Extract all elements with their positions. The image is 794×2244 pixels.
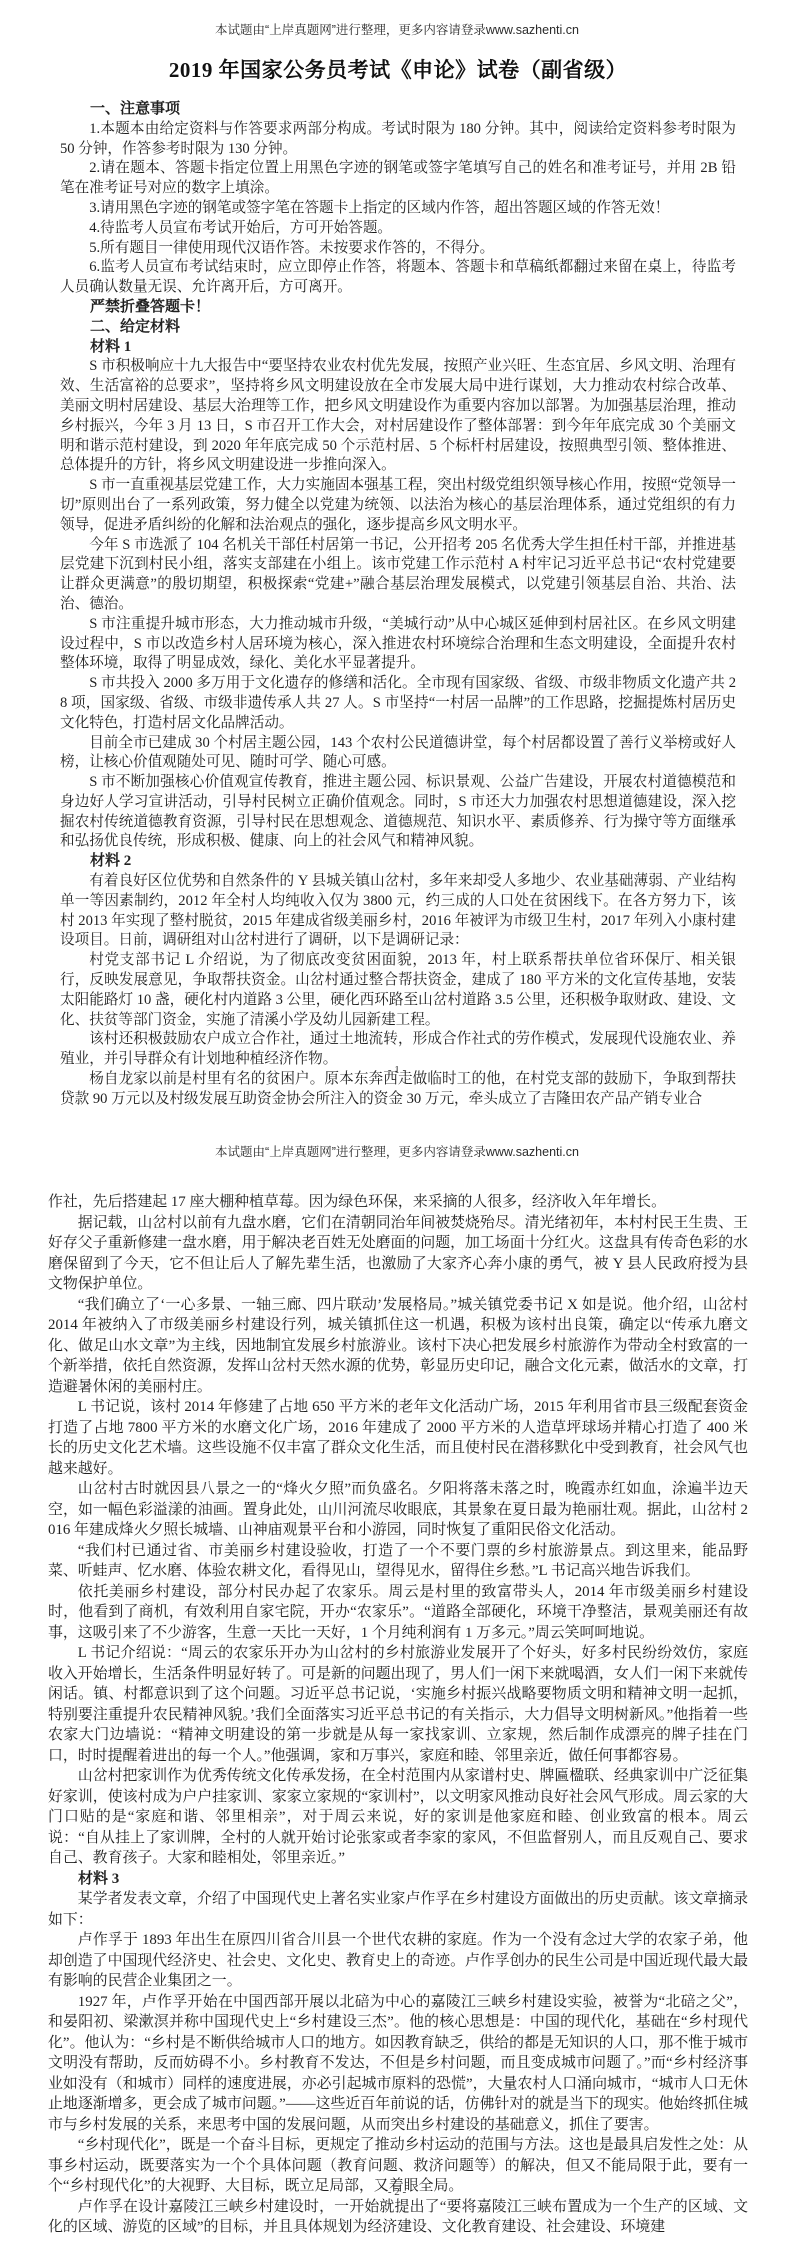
notice-item: 5.所有题目一律使用现代汉语作答。未按要求作答的，不得分。	[60, 239, 736, 259]
page-1-content: 2019 年国家公务员考试《申论》试卷（副省级） 一、注意事项 1.本题本由给定…	[60, 54, 736, 1110]
material-2-paragraph: “我们村已通过省、市美丽乡村建设验收，打造了一个不要门票的乡村旅游景点。到这里来…	[48, 1541, 748, 1582]
notice-heading: 一、注意事项	[60, 100, 736, 120]
page-2-header-note: 本试题由“上岸真题网”进行整理，更多内容请登录www.sazhenti.cn	[0, 1142, 794, 1160]
material-3-paragraph: 1927 年，卢作孚开始在中国西部开展以北碚为中心的嘉陵江三峡乡村建设实验，被誉…	[48, 1992, 748, 2136]
material-2-paragraph: 有着良好区位优势和自然条件的 Y 县城关镇山岔村，多年来却受人多地少、农业基础薄…	[60, 872, 736, 951]
material-1-paragraph: S 市积极响应十九大报告中“要坚持农业农村优先发展，按照产业兴旺、生态宜居、乡风…	[60, 357, 736, 476]
material-1-paragraph: S 市注重提升城市形态，大力推动城市升级，“美城行动”从中心城区延伸到村居社区。…	[60, 615, 736, 674]
materials-heading: 二、给定材料	[60, 318, 736, 338]
material-2-paragraph: L 书记介绍说：“周云的农家乐开办为山岔村的乡村旅游业发展开了个好头，好多村民纷…	[48, 1643, 748, 1766]
notice-item: 1.本题本由给定资料与作答要求两部分构成。考试时限为 180 分钟。其中，阅读给…	[60, 120, 736, 160]
page-1-number: - 1 -	[0, 1064, 794, 1076]
material-3-paragraph: 某学者发表文章，介绍了中国现代史上著名实业家卢作孚在乡村建设方面做出的历史贡献。…	[48, 1889, 748, 1930]
page-2: 本试题由“上岸真题网”进行整理，更多内容请登录www.sazhenti.cn 作…	[0, 1122, 794, 2244]
material-1-paragraph: 今年 S 市选派了 104 名机关干部任村居第一书记，公开招考 205 名优秀大…	[60, 536, 736, 615]
material-2-heading: 材料 2	[60, 852, 736, 872]
notice-warning: 严禁折叠答题卡！	[60, 298, 736, 318]
material-3-paragraph: 卢作孚于 1893 年出生在原四川省合川县一个世代农耕的家庭。作为一个没有念过大…	[48, 1930, 748, 1992]
material-1-paragraph: S 市不断加强核心价值观宣传教育，推进主题公园、标识景观、公益广告建设，开展农村…	[60, 773, 736, 852]
material-2-paragraph: L 书记说，该村 2014 年修建了占地 650 平方米的老年文化活动广场，20…	[48, 1397, 748, 1479]
material-2-paragraph-continued: 作社，先后搭建起 17 座大棚种植草莓。因为绿色环保，来采摘的人很多，经济收入年…	[48, 1192, 748, 1213]
material-1-paragraph: S 市共投入 2000 多万用于文化遗存的修缮和活化。全市现有国家级、省级、市级…	[60, 674, 736, 733]
material-2-paragraph: 依托美丽乡村建设，部分村民办起了农家乐。周云是村里的致富带头人，2014 年市级…	[48, 1582, 748, 1644]
material-1-paragraph: 目前全市已建成 30 个村居主题公园，143 个农村公民道德讲堂，每个村居都设置…	[60, 734, 736, 774]
notice-item: 4.待监考人员宣布考试开始后，方可开始答题。	[60, 219, 736, 239]
material-1-heading: 材料 1	[60, 338, 736, 358]
page-2-content: 作社，先后搭建起 17 座大棚种植草莓。因为绿色环保，来采摘的人很多，经济收入年…	[48, 1192, 748, 2238]
material-3-heading: 材料 3	[48, 1869, 748, 1890]
page-1: 本试题由“上岸真题网”进行整理，更多内容请登录www.sazhenti.cn 2…	[0, 0, 794, 1122]
material-2-paragraph: 山岔村把家训作为优秀传统文化传承发扬，在全村范围内从家谱村史、牌匾楹联、经典家训…	[48, 1766, 748, 1869]
material-3-paragraph: 卢作孚在设计嘉陵江三峡乡村建设时，一开始就提出了“要将嘉陵江三峡布置成为一个生产…	[48, 2197, 748, 2238]
notice-item: 6.监考人员宣布考试结束时，应立即停止作答，将题本、答题卡和草稿纸都翻过来留在桌…	[60, 258, 736, 298]
doc-title: 2019 年国家公务员考试《申论》试卷（副省级）	[60, 54, 736, 84]
notice-item: 2.请在题本、答题卡指定位置上用黑色字迹的钢笔或签字笔填写自己的姓名和准考证号，…	[60, 159, 736, 199]
page-1-header-note: 本试题由“上岸真题网”进行整理，更多内容请登录www.sazhenti.cn	[0, 20, 794, 38]
material-2-paragraph: 村党支部书记 L 介绍说，为了彻底改变贫困面貌，2013 年，村上联系帮扶单位省…	[60, 951, 736, 1030]
material-1-paragraph: S 市一直重视基层党建工作，大力实施固本强基工程，突出村级党组织领导核心作用，按…	[60, 476, 736, 535]
material-2-paragraph: 据记载，山岔村以前有九盘水磨，它们在清朝同治年间被焚烧殆尽。清光绪初年，本村村民…	[48, 1213, 748, 1295]
material-2-paragraph: “我们确立了‘一心多景、一轴三廊、四片联动’发展格局。”城关镇党委书记 X 如是…	[48, 1295, 748, 1398]
page-2-number: - 2 -	[0, 2186, 794, 2198]
notice-item: 3.请用黑色字迹的钢笔或签字笔在答题卡上指定的区域内作答，超出答题区域的作答无效…	[60, 199, 736, 219]
material-2-paragraph: 山岔村古时就因县八景之一的“烽火夕照”而负盛名。夕阳将落未落之时，晚霞赤红如血，…	[48, 1479, 748, 1541]
